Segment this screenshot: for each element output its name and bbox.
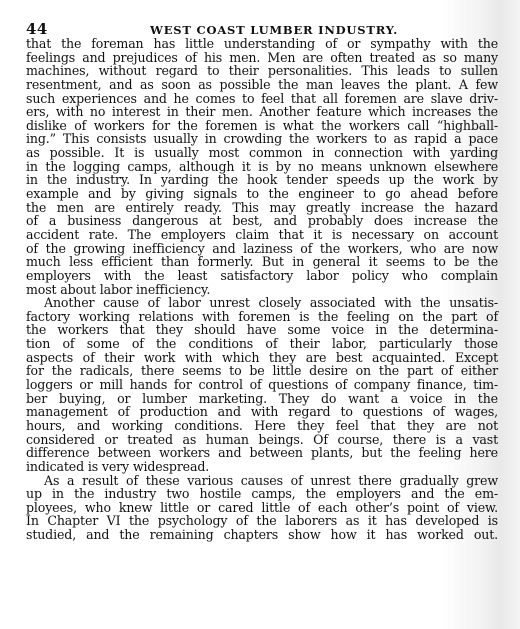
- text-line: ers, with no interest in their men. Anot…: [26, 105, 498, 119]
- text-line: studied, and the remaining chapters show…: [26, 528, 498, 542]
- text-line: in the industry. In yarding the hook ten…: [26, 173, 498, 187]
- text-line: difference between workers and between p…: [26, 446, 498, 460]
- text-line: up in the industry two hostile camps, th…: [26, 487, 498, 501]
- text-line: ber buying, or lumber marketing. They do…: [26, 392, 498, 406]
- text-line: aspects of their work with which they ar…: [26, 351, 498, 365]
- paragraph-2: Another cause of labor unrest closely as…: [26, 296, 498, 473]
- text-line: for the radicals, there seems to be litt…: [26, 364, 498, 378]
- text-line: accident rate. The employers claim that …: [26, 228, 498, 242]
- text-line: dislike of workers for the foremen is wh…: [26, 119, 498, 133]
- text-line: factory working relations with foremen i…: [26, 310, 498, 324]
- text-line: example and by giving signals to the eng…: [26, 187, 498, 201]
- paragraph-3: As a result of these various causes of u…: [26, 474, 498, 542]
- text-line: feelings and prejudices of his men. Men …: [26, 51, 498, 65]
- text-line: machines, without regard to their person…: [26, 64, 498, 78]
- text-line: the men are entirely ready. This may gre…: [26, 201, 498, 215]
- text-line: In Chapter VI the psychology of the labo…: [26, 514, 498, 528]
- book-page: 44 WEST COAST LUMBER INDUSTRY. that the …: [0, 0, 520, 629]
- text-line: Another cause of labor unrest closely as…: [26, 296, 498, 310]
- text-line: of the growing inefficiency and laziness…: [26, 242, 498, 256]
- text-line: of a business dangerous at best, and pro…: [26, 214, 498, 228]
- text-line: tion of some of the conditions of their …: [26, 337, 498, 351]
- text-line: such experiences and he comes to feel th…: [26, 92, 498, 106]
- text-line: indicated is very widespread.: [26, 460, 498, 474]
- text-line: hours, and working conditions. Here they…: [26, 419, 498, 433]
- text-line: the workers that they should have some v…: [26, 323, 498, 337]
- text-line: ployees, who knew little or cared little…: [26, 501, 498, 515]
- text-line: as possible. It is usually most common i…: [26, 146, 498, 160]
- body-text: that the foreman has little understandin…: [26, 37, 498, 542]
- text-line: resentment, and as soon as possible the …: [26, 78, 498, 92]
- text-line: much less efficient than formerly. But i…: [26, 255, 498, 269]
- text-line: considered or treated as human beings. O…: [26, 433, 498, 447]
- text-line: management of production and with regard…: [26, 405, 498, 419]
- text-line: As a result of these various causes of u…: [26, 474, 498, 488]
- text-line: ing.” This consists usually in crowding …: [26, 132, 498, 146]
- text-line: that the foreman has little understandin…: [26, 37, 498, 51]
- running-title: WEST COAST LUMBER INDUSTRY.: [150, 23, 398, 37]
- paragraph-1: that the foreman has little understandin…: [26, 37, 498, 296]
- text-line: in the logging camps, although it is by …: [26, 160, 498, 174]
- text-line: employers with the least satisfactory la…: [26, 269, 498, 283]
- text-line: loggers or mill hands for control of que…: [26, 378, 498, 392]
- text-line: most about labor inefficiency.: [26, 283, 498, 297]
